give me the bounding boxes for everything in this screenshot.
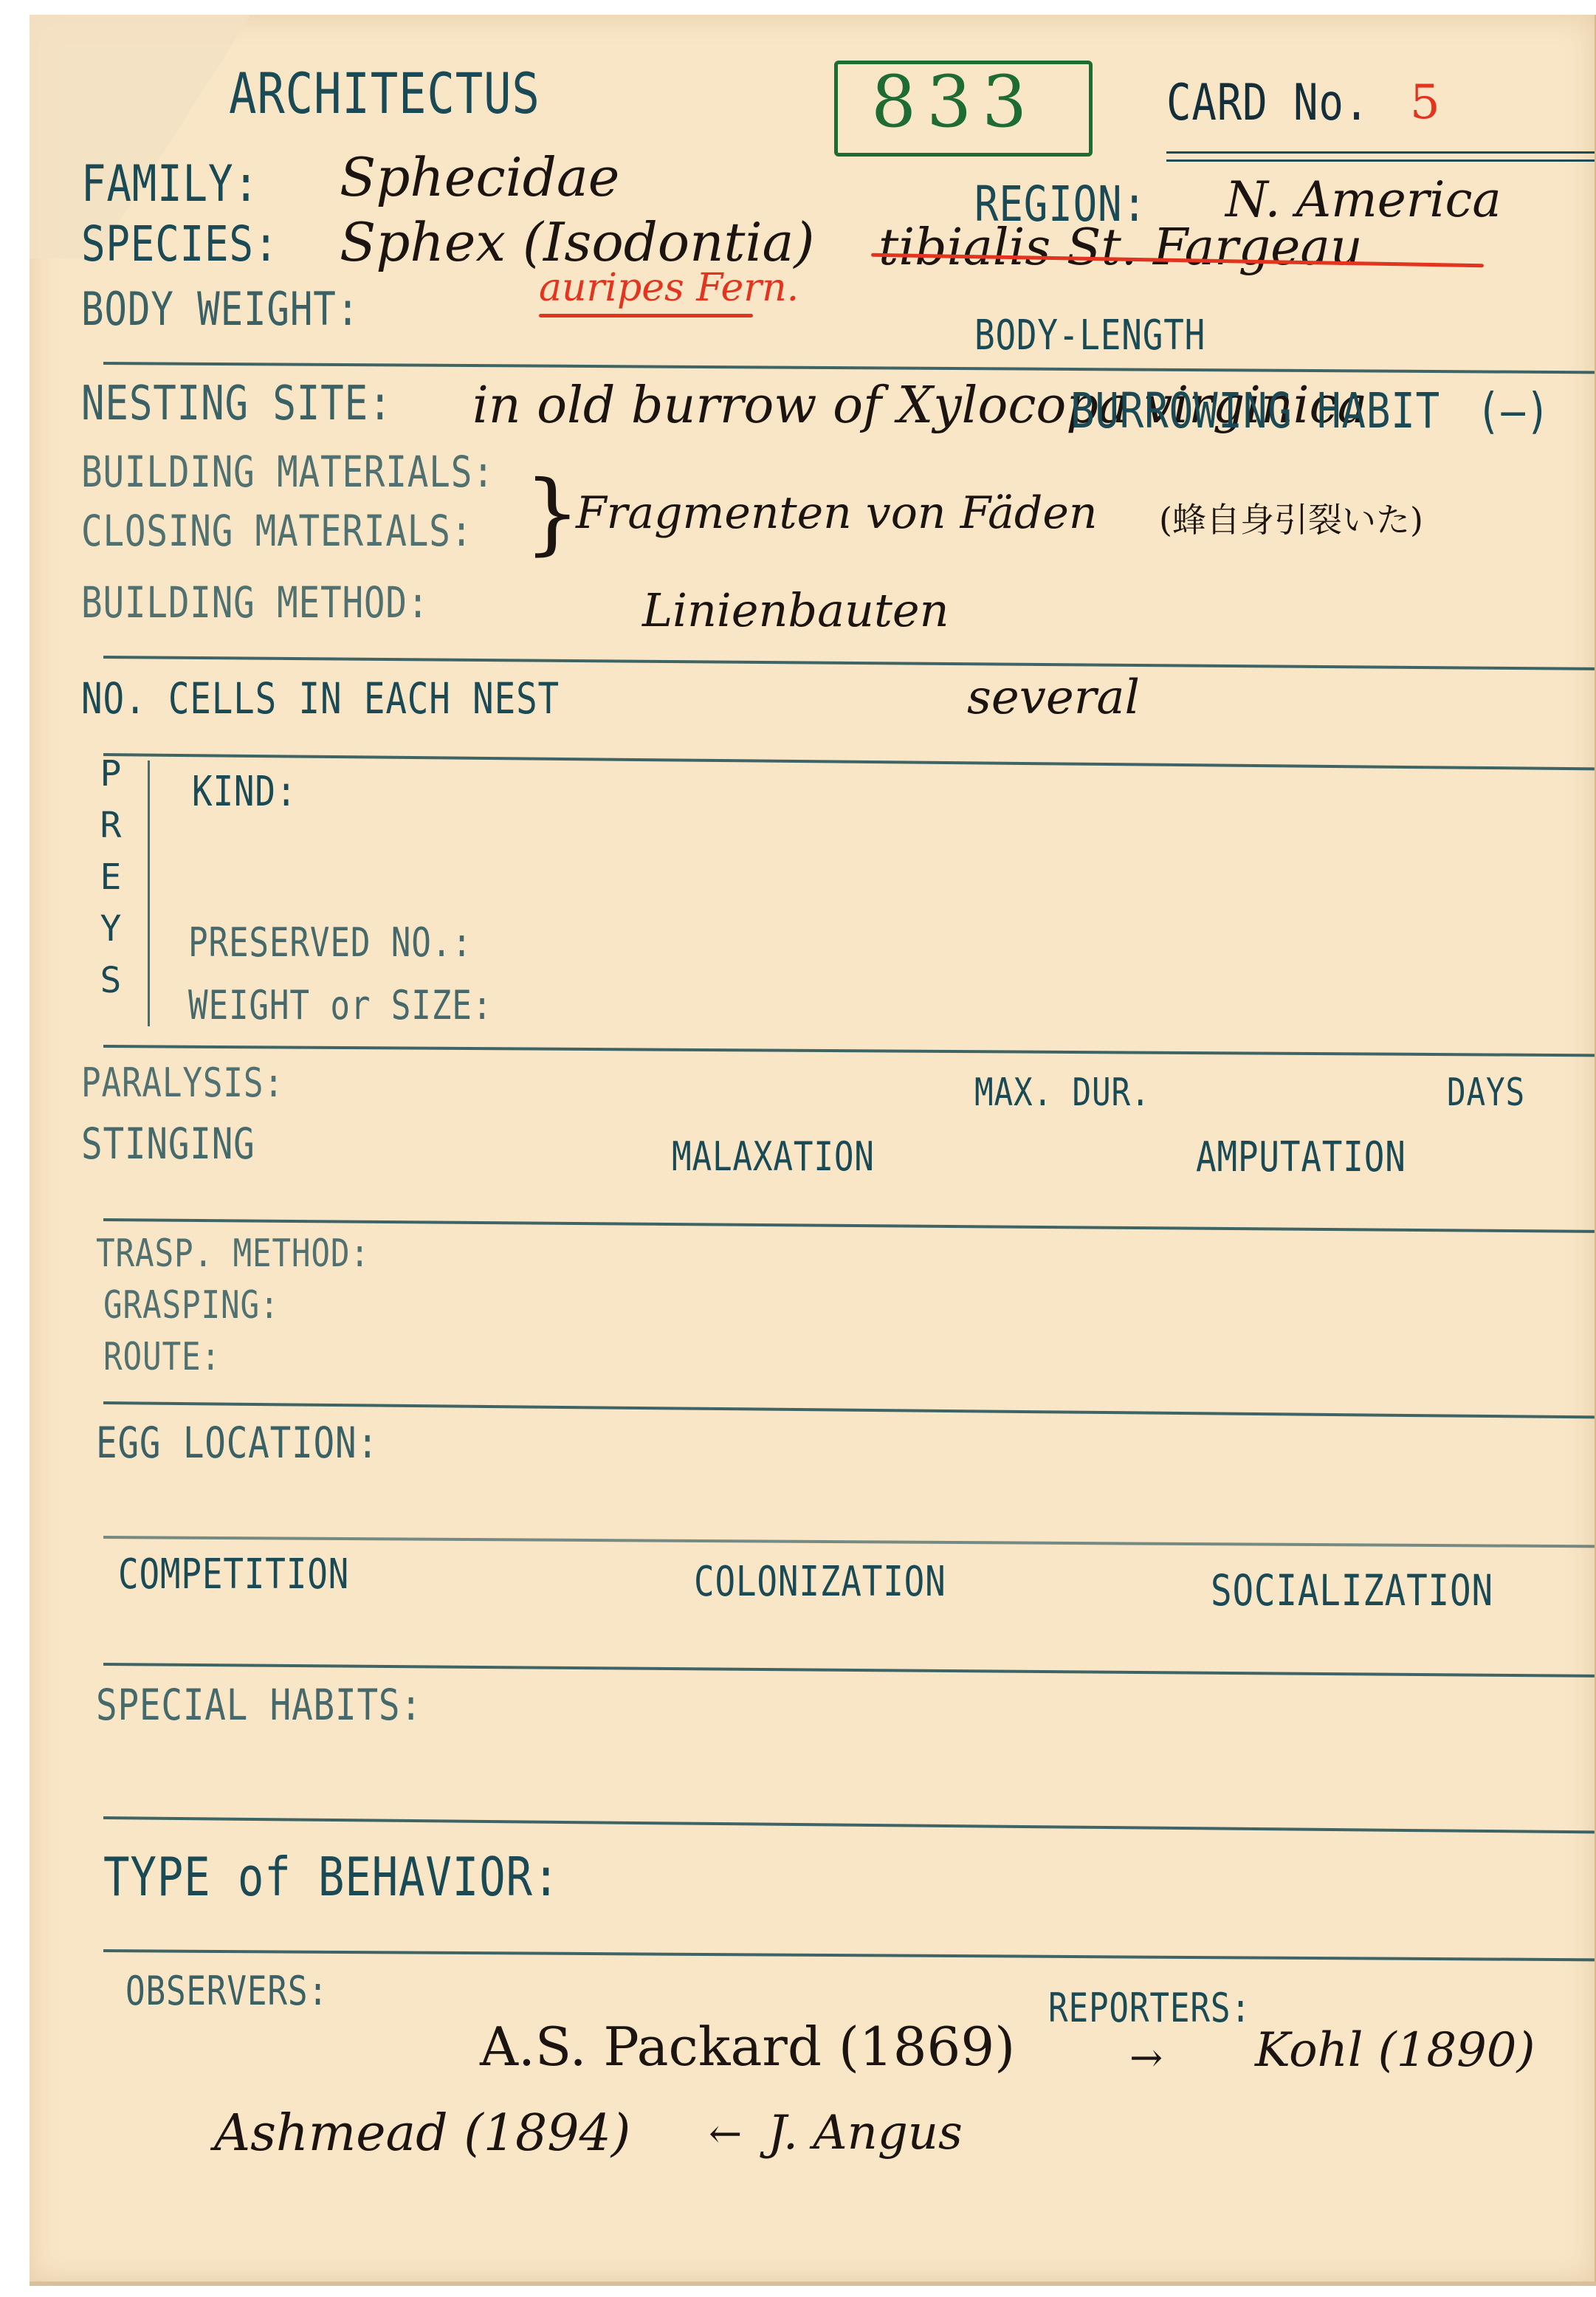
species-correction: auripes Fern. bbox=[539, 266, 799, 310]
cells-value: several bbox=[967, 670, 1140, 725]
correction-underline bbox=[539, 314, 753, 317]
preys-divider bbox=[148, 760, 150, 1026]
rule-9 bbox=[103, 1816, 1595, 1833]
building-materials-label: BUILDING MATERIALS: bbox=[81, 447, 495, 497]
body-weight-label: BODY WEIGHT: bbox=[81, 282, 360, 336]
reporter-kohl: Kohl (1890) bbox=[1255, 2023, 1535, 2078]
species-value: Sphex (Isodontia) bbox=[340, 211, 815, 273]
card-no-value: 5 bbox=[1410, 75, 1440, 130]
building-method-value: Linienbauten bbox=[642, 583, 949, 637]
observer-ashmead: Ashmead (1894) bbox=[214, 2104, 630, 2163]
egg-location-label: EGG LOCATION: bbox=[96, 1418, 379, 1468]
closing-materials-label: CLOSING MATERIALS: bbox=[81, 506, 472, 556]
rule-10 bbox=[103, 1949, 1595, 1961]
max-dur-label: MAX. DUR. bbox=[974, 1071, 1150, 1115]
transport-method-label: TRASP. METHOD: bbox=[96, 1232, 370, 1276]
double-rule-top bbox=[1166, 151, 1595, 154]
stinging-label: STINGING bbox=[81, 1119, 255, 1169]
reporters-label: REPORTERS: bbox=[1048, 1985, 1251, 2031]
route-label: ROUTE: bbox=[103, 1335, 221, 1379]
rule-6 bbox=[103, 1401, 1595, 1418]
malaxation-label: MALAXATION bbox=[672, 1133, 875, 1180]
rule-1 bbox=[103, 362, 1595, 374]
weight-size-label: WEIGHT or SIZE: bbox=[188, 982, 492, 1029]
rule-5 bbox=[103, 1218, 1595, 1233]
arrow-right: → bbox=[1129, 2034, 1163, 2081]
special-habits-label: SPECIAL HABITS: bbox=[96, 1680, 422, 1730]
rule-2 bbox=[103, 656, 1595, 670]
reporter-angus: J. Angus bbox=[768, 2106, 963, 2160]
rule-7 bbox=[103, 1536, 1595, 1548]
preserved-label: PRESERVED NO.: bbox=[188, 919, 472, 966]
kind-label: KIND: bbox=[192, 768, 297, 816]
socialization-label: SOCIALIZATION bbox=[1211, 1565, 1493, 1616]
observers-label: OBSERVERS: bbox=[125, 1968, 329, 2014]
competition-label: COMPETITION bbox=[118, 1551, 349, 1599]
family-label: FAMILY: bbox=[81, 155, 259, 213]
type-of-behavior-label: TYPE of BEHAVIOR: bbox=[103, 1846, 560, 1908]
card-no-label: CARD No. bbox=[1166, 74, 1369, 132]
cells-label: NO. CELLS IN EACH NEST bbox=[81, 673, 560, 724]
colonization-label: COLONIZATION bbox=[694, 1558, 946, 1606]
arrow-left: ← bbox=[709, 2110, 742, 2157]
rule-3 bbox=[103, 753, 1595, 770]
amputation-label: AMPUTATION bbox=[1196, 1133, 1406, 1181]
nesting-site-label: NESTING SITE: bbox=[81, 377, 392, 431]
grasping-label: GRASPING: bbox=[103, 1283, 279, 1328]
days-label: DAYS bbox=[1447, 1071, 1525, 1115]
card-title: ARCHITECTUS bbox=[229, 61, 540, 126]
observer-packard: A.S. Packard (1869) bbox=[480, 2016, 1015, 2078]
body-length-label: BODY-LENGTH bbox=[974, 312, 1205, 360]
rule-4 bbox=[103, 1045, 1595, 1057]
card-number: 833 bbox=[871, 61, 1037, 143]
burrowing-habit-value: (—) bbox=[1476, 382, 1550, 439]
family-value: Sphecidae bbox=[340, 146, 619, 208]
preys-side-label: P R E Y S bbox=[92, 753, 129, 1001]
building-method-label: BUILDING METHOD: bbox=[81, 577, 429, 628]
materials-brace: } bbox=[524, 462, 580, 565]
paralysis-label: PARALYSIS: bbox=[81, 1060, 284, 1106]
species-label: SPECIES: bbox=[81, 216, 278, 272]
species-struck: tibialis St. Fargeau bbox=[878, 219, 1363, 277]
double-rule-bottom bbox=[1166, 159, 1595, 162]
materials-value: Fragmenten von Fäden bbox=[576, 487, 1098, 539]
burrowing-habit-label: BURROWING HABIT bbox=[1070, 382, 1440, 439]
materials-note: (蜂自身引裂いた) bbox=[1159, 493, 1423, 542]
index-card: ARCHITECTUS 833 CARD No. 5 FAMILY: Sphec… bbox=[30, 15, 1596, 2286]
rule-8 bbox=[103, 1663, 1595, 1678]
